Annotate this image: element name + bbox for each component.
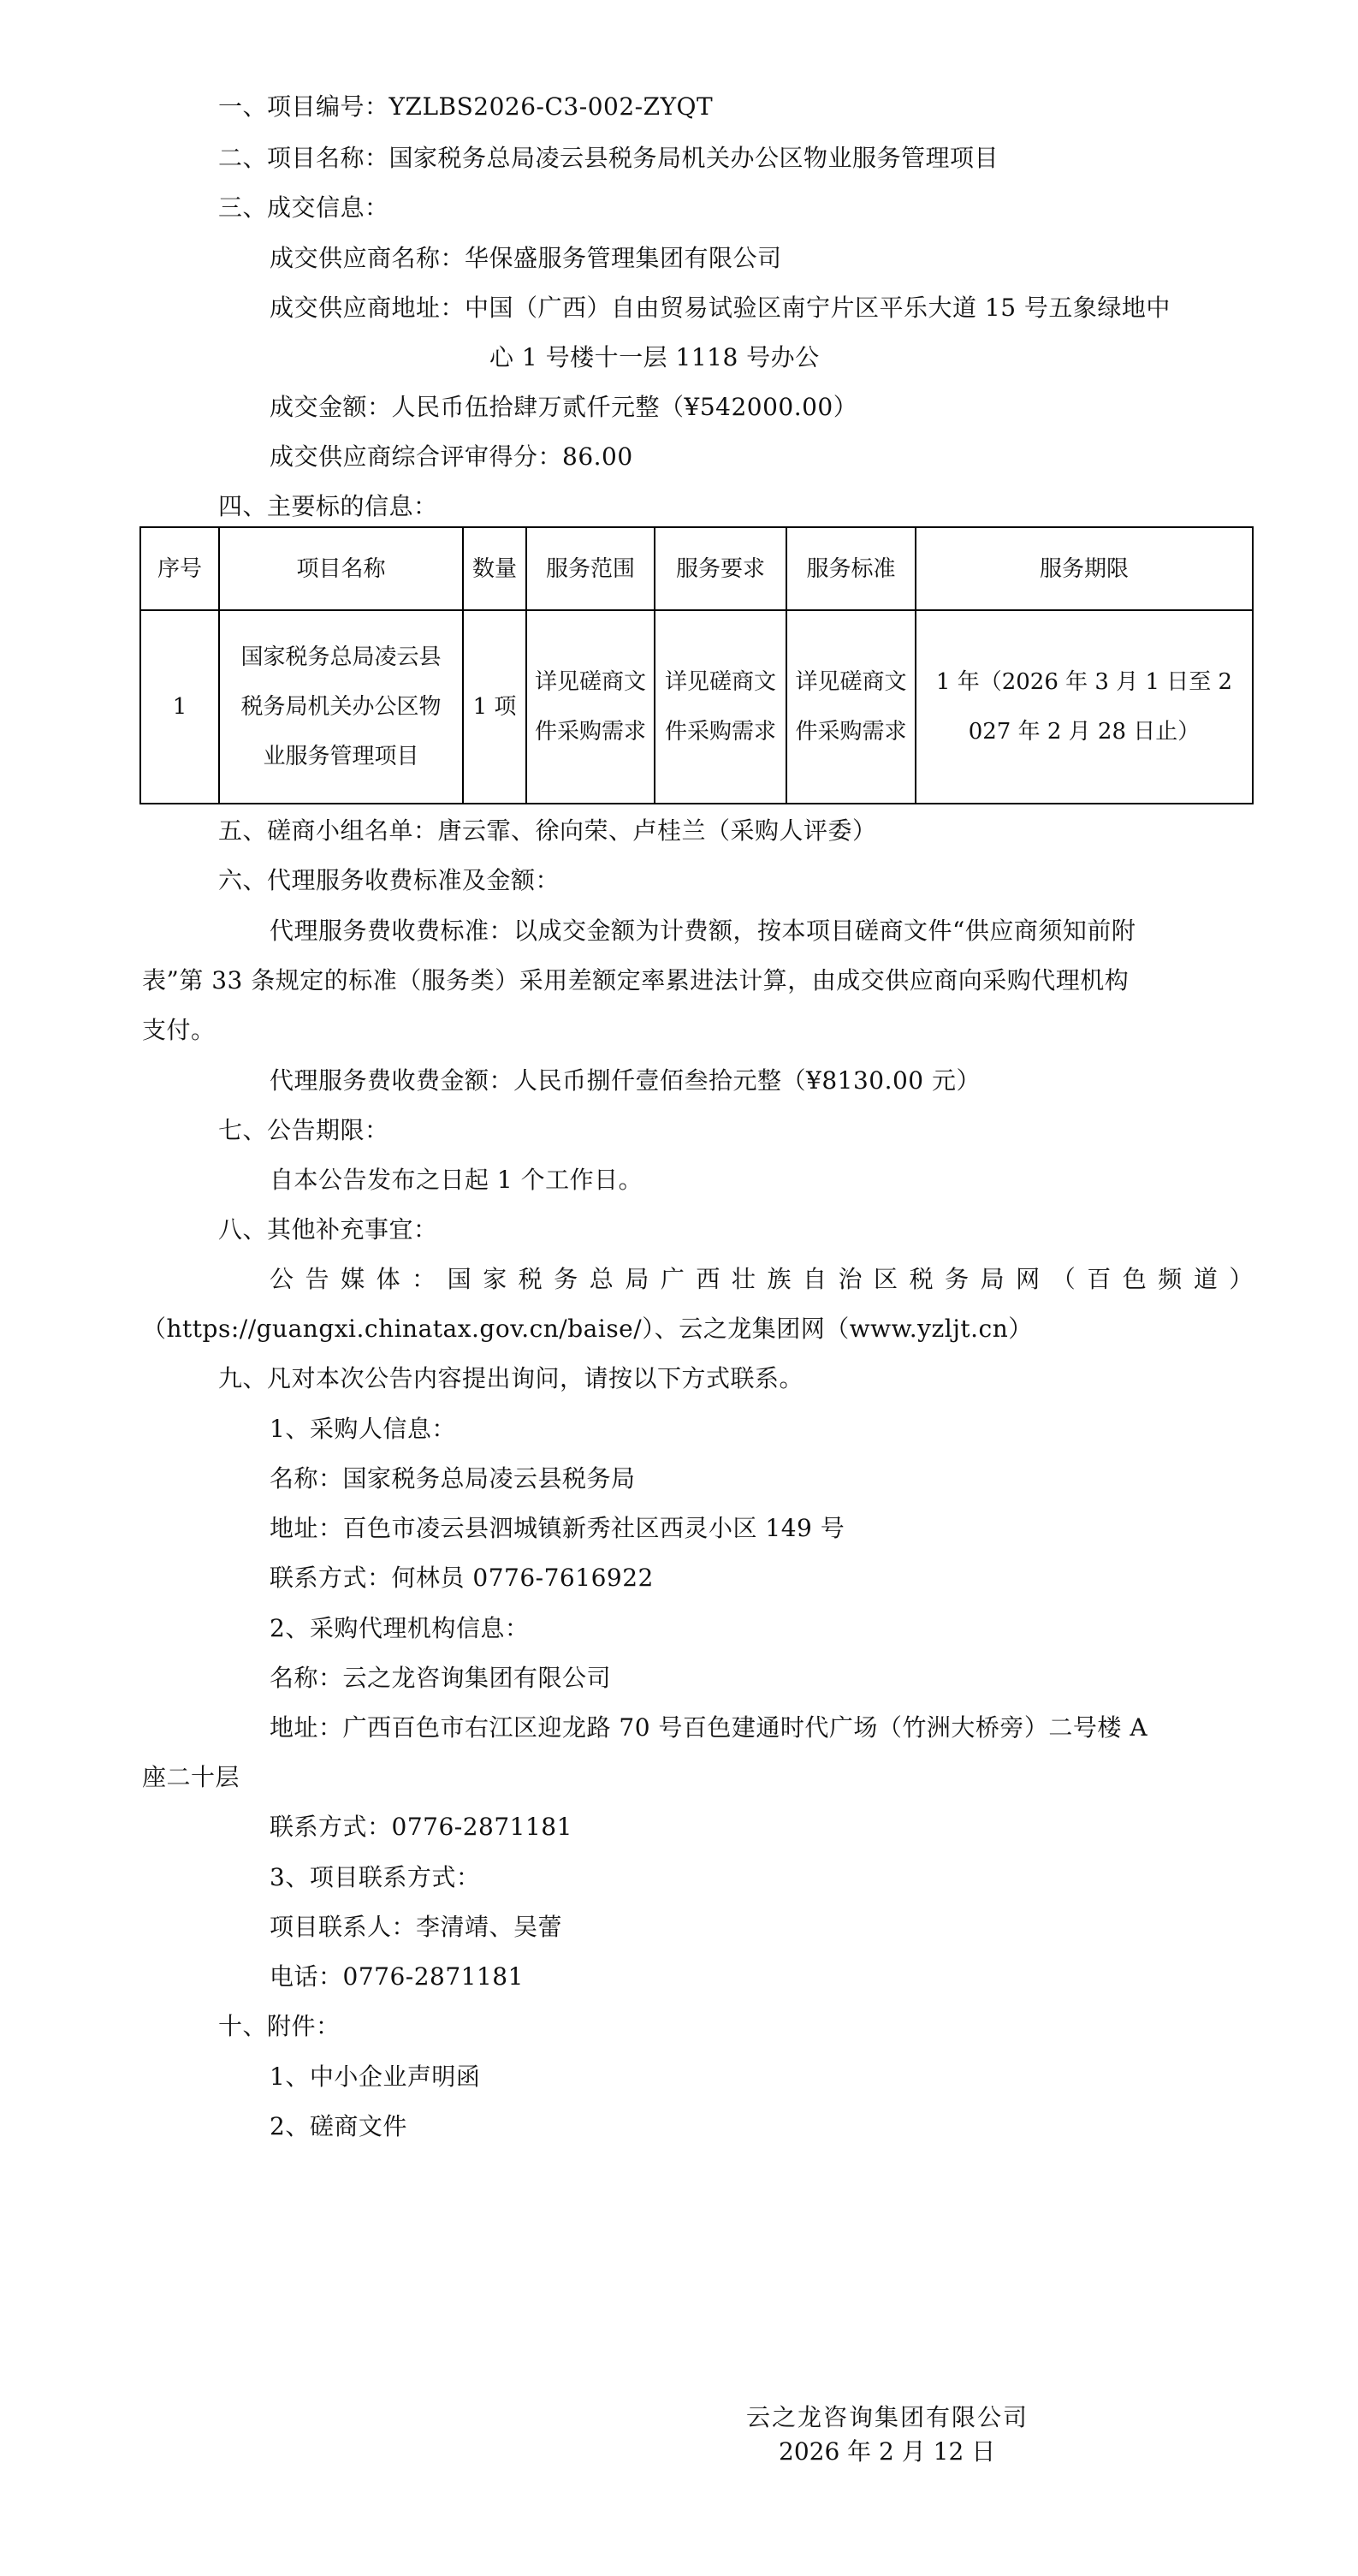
attachment-negotiation-document[interactable]: 2、磋商文件 [270,2112,407,2141]
media-char: 媒 [341,1265,365,1294]
deal-amount: 成交金额：人民币伍拾肆万贰仟元整（¥542000.00） [270,393,857,422]
media-char: 告 [305,1265,330,1294]
media-char: 百 [1087,1265,1112,1294]
supplier-address-line1: 成交供应商地址：中国（广西）自由贸易试验区南宁片区平乐大道 15 号五象绿地中 [270,294,1171,323]
header-project-name: 项目名称 [219,527,463,610]
header-service-requirement: 服务要求 [655,527,786,610]
media-char: 治 [839,1265,863,1294]
notice-period-text: 自本公告发布之日起 1 个工作日。 [270,1166,643,1195]
media-char: 家 [483,1265,507,1294]
media-char: （ [1052,1265,1076,1294]
agency-fee-standard-line3: 支付。 [142,1016,216,1045]
agency-fee-standard-line2: 表”第 33 条规定的标准（服务类）采用差额定率累进法计算，由成交供应商向采购代… [142,966,1129,995]
signature-company: 云之龙咨询集团有限公司 [746,2403,1029,2432]
media-char: 务 [554,1265,578,1294]
media-char: 税 [910,1265,934,1294]
media-char: 国 [448,1265,472,1294]
media-char: ） [1229,1265,1254,1294]
cell-service-period: 1 年（2026 年 3 月 1 日至 2027 年 2 月 28 日止） [916,610,1253,804]
media-char: 广 [661,1265,685,1294]
header-seq: 序号 [140,527,219,610]
cell-service-requirement-text: 详见磋商文件采购需求 [661,657,780,757]
project-contacts: 项目联系人：李清靖、吴蕾 [270,1913,562,1942]
signature-date: 2026 年 2 月 12 日 [779,2437,995,2466]
agency-address-line2: 座二十层 [142,1763,240,1792]
media-char: 务 [945,1265,970,1294]
table-row: 1 国家税务总局凌云县税务局机关办公区物业服务管理项目 1 项 详见磋商文件采购… [140,610,1253,804]
header-quantity: 数量 [463,527,526,610]
cell-quantity: 1 项 [463,610,526,804]
main-items-table: 序号 项目名称 数量 服务范围 服务要求 服务标准 服务期限 1 国家税务总局凌… [139,526,1254,804]
section-main-items-heading: 四、主要标的信息： [218,492,438,521]
media-char: 频 [1158,1265,1183,1294]
cell-service-standard-text: 详见磋商文件采购需求 [792,657,910,757]
cell-service-scope-text: 详见磋商文件采购需求 [532,657,649,757]
media-char: 局 [981,1265,1005,1294]
section-project-name: 二、项目名称：国家税务总局凌云县税务局机关办公区物业服务管理项目 [218,144,999,173]
header-service-scope: 服务范围 [526,527,655,610]
header-service-period: 服务期限 [916,527,1253,610]
media-char: 壮 [732,1265,756,1294]
media-char: 族 [767,1265,792,1294]
cell-service-standard: 详见磋商文件采购需求 [786,610,916,804]
project-phone: 电话：0776-2871181 [270,1962,524,1991]
agency-fee-standard-line1: 代理服务费收费标准：以成交金额为计费额，按本项目磋商文件“供应商须知前附 [270,917,1136,946]
section-notice-period-heading: 七、公告期限： [218,1116,389,1145]
supplier-address-line2: 心 1 号楼十一层 1118 号办公 [489,343,820,372]
cell-seq: 1 [140,610,219,804]
agency-info-title: 2、采购代理机构信息： [270,1614,529,1643]
table-header-row: 序号 项目名称 数量 服务范围 服务要求 服务标准 服务期限 [140,527,1253,610]
section-attachments-heading: 十、附件： [218,2012,341,2041]
cell-service-period-text: 1 年（2026 年 3 月 1 日至 2027 年 2 月 28 日止） [922,657,1247,757]
supplier-score: 成交供应商综合评审得分：86.00 [270,442,633,472]
section-agency-fee-heading: 六、代理服务收费标准及金额： [218,866,560,895]
cell-project-name-text: 国家税务总局凌云县税务局机关办公区物业服务管理项目 [225,632,457,781]
agency-contact: 联系方式：0776-2871181 [270,1813,572,1842]
purchaser-name: 名称：国家税务总局凌云县税务局 [270,1464,636,1493]
agency-name: 名称：云之龙咨询集团有限公司 [270,1664,611,1693]
cell-service-requirement: 详见磋商文件采购需求 [655,610,786,804]
purchaser-contact: 联系方式：何林员 0776-7616922 [270,1564,654,1593]
attachment-sme-declaration[interactable]: 1、中小企业声明函 [270,2063,480,2092]
media-char: 局 [625,1265,649,1294]
purchaser-info-title: 1、采购人信息： [270,1415,456,1444]
media-char: ： [412,1265,436,1294]
section-negotiation-panel: 五、磋商小组名单：唐云霏、徐向荣、卢桂兰（采购人评委） [218,816,877,846]
media-char: 色 [1123,1265,1147,1294]
cell-project-name: 国家税务总局凌云县税务局机关办公区物业服务管理项目 [219,610,463,804]
media-char: 道 [1194,1265,1219,1294]
header-service-standard: 服务标准 [786,527,916,610]
section-contact-heading: 九、凡对本次公告内容提出询问，请按以下方式联系。 [218,1364,804,1393]
media-char: 西 [696,1265,721,1294]
purchaser-address: 地址：百色市凌云县泗城镇新秀社区西灵小区 149 号 [270,1514,845,1543]
publication-media-line2: （https://guangxi.chinatax.gov.cn/baise/）… [142,1315,1033,1344]
media-char: 区 [874,1265,898,1294]
publication-media-line1: 公告媒体：国家税务总局广西壮族自治区税务局网（百色频道） [270,1265,1254,1294]
cell-service-scope: 详见磋商文件采购需求 [526,610,655,804]
media-char: 公 [270,1265,294,1294]
media-char: 总 [590,1265,614,1294]
agency-address-line1: 地址：广西百色市右江区迎龙路 70 号百色建通时代广场（竹洲大桥旁）二号楼 A [270,1713,1147,1742]
section-other-matters-heading: 八、其他补充事宜： [218,1215,438,1244]
media-char: 体 [377,1265,401,1294]
project-contact-title: 3、项目联系方式： [270,1863,480,1892]
section-project-number: 一、项目编号：YZLBS2026-C3-002-ZYQT [218,92,713,122]
media-char: 网 [1016,1265,1041,1294]
agency-fee-amount: 代理服务费收费金额：人民币捌仟壹佰叁拾元整（¥8130.00 元） [270,1066,981,1095]
section-deal-info-heading: 三、成交信息： [218,193,389,223]
media-char: 自 [803,1265,827,1294]
media-char: 税 [519,1265,543,1294]
supplier-name: 成交供应商名称：华保盛服务管理集团有限公司 [270,244,782,273]
